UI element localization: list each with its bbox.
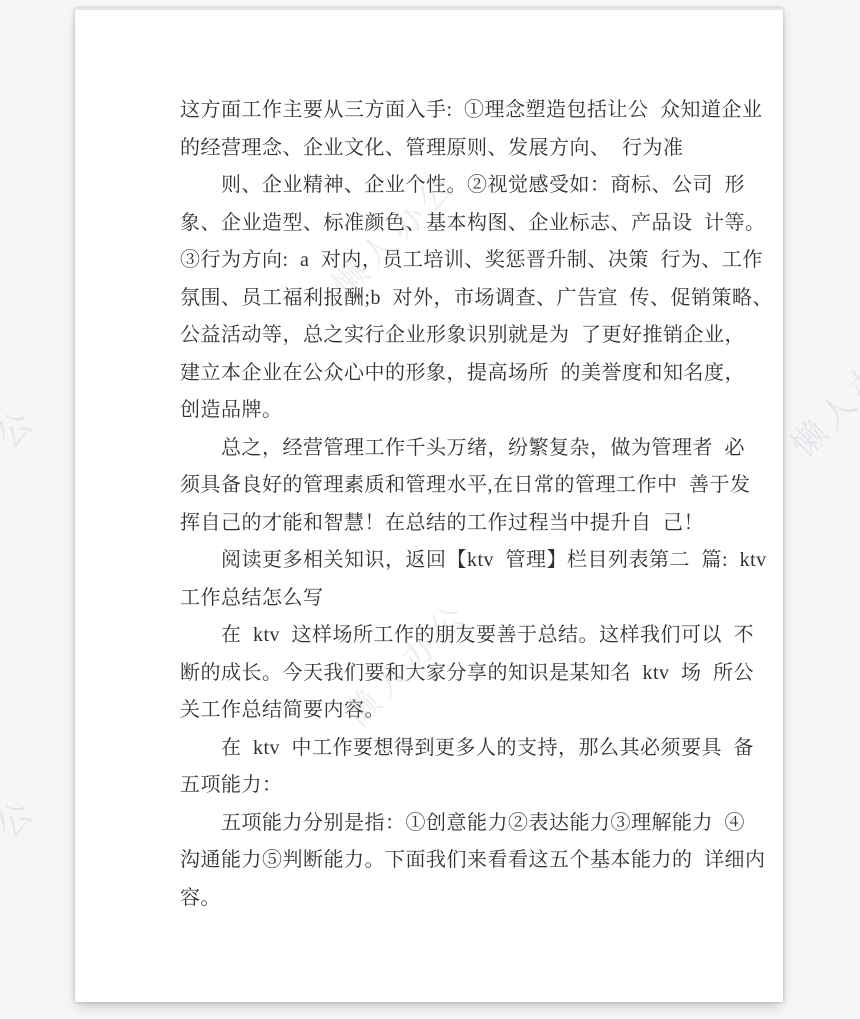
text-line: 创造品牌。 (180, 392, 687, 430)
text-line: 五项能力： (180, 767, 687, 805)
text-line: 五项能力分别是指：①创意能力②表达能力③理解能力 ④ (180, 805, 687, 843)
text-line: 在 ktv 中工作要想得到更多人的支持，那么其必须要具 备 (180, 730, 687, 768)
text-line: 象、企业造型、标准颜色、基本构图、企业标志、产品设 计等。 (180, 205, 687, 243)
text-line: 断的成长。今天我们要和大家分享的知识是某知名 ktv 场 所公 (180, 655, 687, 693)
watermark-text: 懒人办公 (778, 318, 860, 466)
watermark-text: 懒人办公 (0, 784, 46, 932)
text-line: 公益活动等，总之实行企业形象识别就是为 了更好推销企业， (180, 317, 687, 355)
text-line: 关工作总结简要内容。 (180, 692, 687, 730)
text-line: 工作总结怎么写 (180, 580, 687, 618)
page-background: 这方面工作主要从三方面入手: ①理念塑造包括让公 众知道企业的经营理念、企业文化… (0, 0, 860, 1019)
text-line: 的经营理念、企业文化、管理原则、发展方向、 行为准 (180, 130, 687, 168)
text-line: ③行为方向: a 对内，员工培训、奖惩晋升制、决策 行为、工作 (180, 242, 687, 280)
document-page: 这方面工作主要从三方面入手: ①理念塑造包括让公 众知道企业的经营理念、企业文化… (75, 8, 783, 1002)
text-line: 这方面工作主要从三方面入手: ①理念塑造包括让公 众知道企业 (180, 92, 687, 130)
text-line: 沟通能力⑤判断能力。下面我们来看看这五个基本能力的 详细内 (180, 842, 687, 880)
text-line: 在 ktv 这样场所工作的朋友要善于总结。这样我们可以 不 (180, 617, 687, 655)
text-line: 建立本企业在公众心中的形象，提高场所 的美誉度和知名度， (180, 355, 687, 393)
text-line: 总之，经营管理工作千头万绪，纷繁复杂，做为管理者 必 (180, 430, 687, 468)
watermark-text: 懒人办公 (0, 394, 46, 542)
text-line: 容。 (180, 880, 687, 918)
text-line: 须具备良好的管理素质和管理水平,在日常的管理工作中 善于发 (180, 467, 687, 505)
document-body: 这方面工作主要从三方面入手: ①理念塑造包括让公 众知道企业的经营理念、企业文化… (75, 10, 783, 917)
text-line: 挥自己的才能和智慧！在总结的工作过程当中提升自 己！ (180, 505, 687, 543)
text-line: 阅读更多相关知识，返回【ktv 管理】栏目列表第二 篇: ktv (180, 542, 687, 580)
text-line: 则、企业精神、企业个性。②视觉感受如：商标、公司 形 (180, 167, 687, 205)
text-line: 氛围、员工福利报酬;b 对外，市场调查、广告宣 传、促销策略、 (180, 280, 687, 318)
